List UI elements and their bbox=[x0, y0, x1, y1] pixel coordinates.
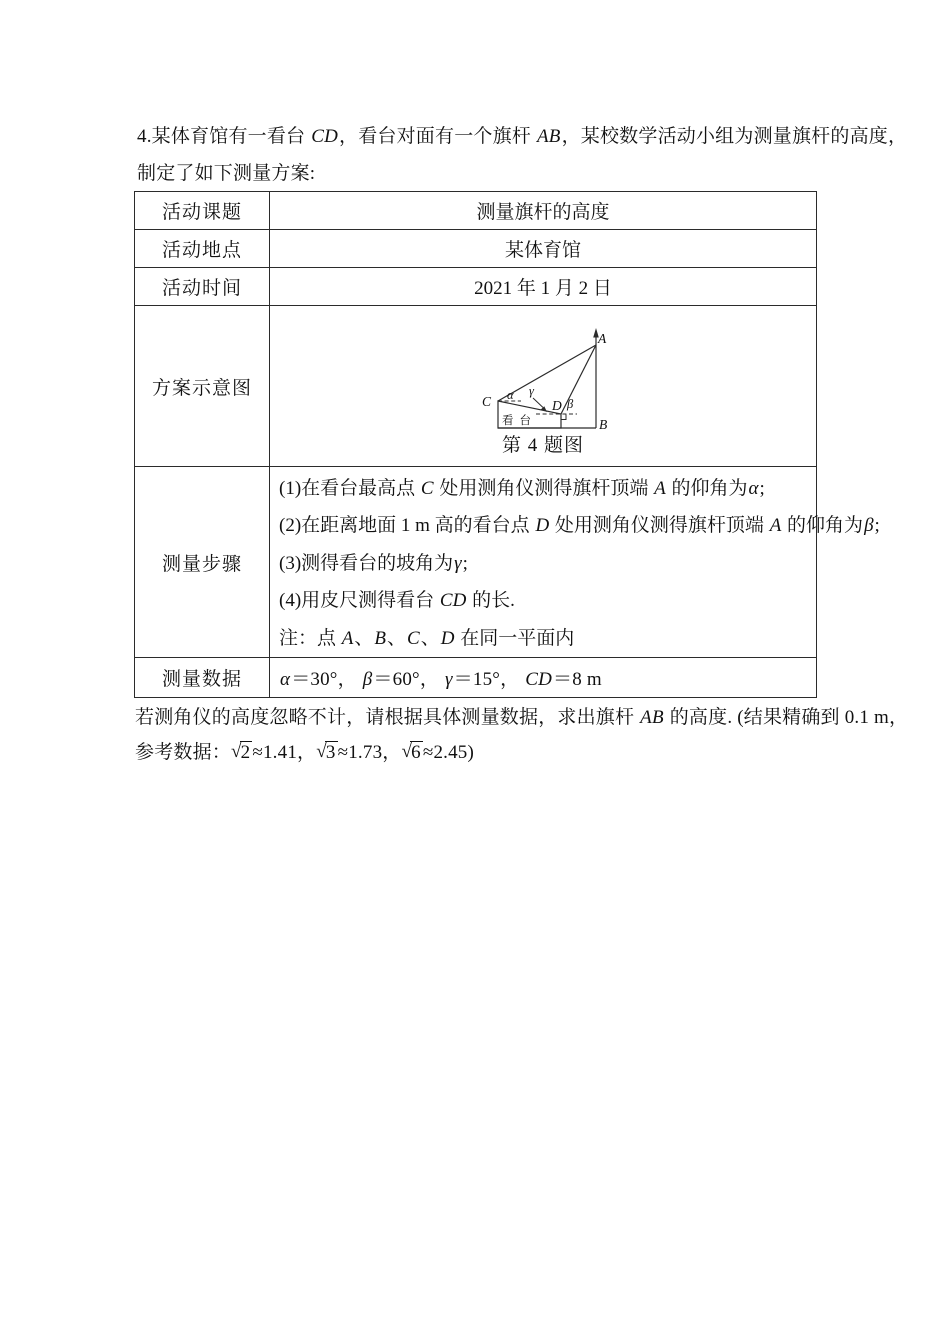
row-label-data: 测量数据 bbox=[135, 658, 270, 698]
angle-label-alpha: α bbox=[507, 388, 514, 402]
sqrt-expression: √3 bbox=[316, 741, 337, 764]
text-segment: ≈1.41， bbox=[252, 742, 316, 763]
text-segment: ＝60°， bbox=[373, 669, 444, 690]
text-segment: 的长. bbox=[467, 590, 515, 611]
text-segment: 的仰角为 bbox=[782, 515, 863, 536]
text-segment: 的高度. (结果精确到 0.1 m， bbox=[665, 707, 908, 728]
text-segment: 参考数据： bbox=[135, 742, 231, 763]
text-segment: 4.某体育馆有一看台 bbox=[137, 126, 310, 147]
math-var: CD bbox=[310, 126, 339, 147]
step-2: (2)在距离地面 1 m 高的看台点 D 处用测角仪测得旗杆顶端 A 的仰角为β… bbox=[279, 507, 808, 544]
math-var: D bbox=[534, 515, 550, 536]
text-segment: ; bbox=[875, 515, 880, 536]
sqrt-expression: √6 bbox=[401, 741, 422, 764]
point-label-a: A bbox=[597, 331, 607, 346]
text-segment: 若测角仪的高度忽略不计，请根据具体测量数据，求出旗杆 bbox=[135, 707, 639, 728]
math-var: B bbox=[373, 628, 387, 649]
sqrt-expression: √2 bbox=[231, 741, 252, 764]
question-line1: 若测角仪的高度忽略不计，请根据具体测量数据，求出旗杆 AB 的高度. (结果精确… bbox=[135, 702, 908, 729]
text-segment: 、 bbox=[421, 628, 440, 649]
math-var: β bbox=[362, 669, 374, 690]
text-segment: (3)测得看台的坡角为 bbox=[279, 553, 453, 574]
text-segment: ≈2.45) bbox=[423, 742, 474, 763]
scheme-diagram-svg: A B C D α γ β 看台 bbox=[463, 319, 623, 433]
math-var: A bbox=[653, 478, 667, 499]
text-segment: (2)在距离地面 1 m 高的看台点 bbox=[279, 515, 534, 536]
gamma-arrow-line bbox=[533, 398, 543, 408]
math-var: CD bbox=[439, 590, 467, 611]
math-var: A bbox=[769, 515, 783, 536]
step-4: (4)用皮尺测得看台 CD 的长. bbox=[279, 582, 808, 619]
text-segment: (4)用皮尺测得看台 bbox=[279, 590, 439, 611]
question-line2: 参考数据：√2≈1.41，√3≈1.73，√6≈2.45) bbox=[135, 737, 474, 764]
row-value-topic: 测量旗杆的高度 bbox=[270, 192, 817, 230]
math-var: γ bbox=[444, 669, 454, 690]
problem-heading-line1: 4.某体育馆有一看台 CD，看台对面有一个旗杆 AB，某校数学活动小组为测量旗杆… bbox=[137, 121, 907, 148]
row-label-diagram: 方案示意图 bbox=[135, 306, 270, 467]
text-segment: 处用测角仪测得旗杆顶端 bbox=[550, 515, 769, 536]
math-var: AB bbox=[639, 707, 665, 728]
text-segment: 注：点 bbox=[279, 628, 341, 649]
math-var: α bbox=[279, 669, 291, 690]
right-angle-mark bbox=[561, 415, 566, 420]
measurement-data-values: α＝30°， β＝60°， γ＝15°， CD＝8 m bbox=[270, 664, 816, 691]
table-row-diagram: 方案示意图 bbox=[135, 306, 817, 467]
row-label-location: 活动地点 bbox=[135, 230, 270, 268]
math-var: α bbox=[747, 478, 759, 499]
text-segment: 、 bbox=[387, 628, 406, 649]
step-1: (1)在看台最高点 C 处用测角仪测得旗杆顶端 A 的仰角为α; bbox=[279, 470, 808, 507]
table-row-date: 活动时间 2021 年 1 月 2 日 bbox=[135, 268, 817, 306]
table-row-data: 测量数据 α＝30°， β＝60°， γ＝15°， CD＝8 m bbox=[135, 658, 817, 698]
point-label-d: D bbox=[551, 398, 562, 413]
row-value-location: 某体育馆 bbox=[270, 230, 817, 268]
table-row-steps: 测量步骤 (1)在看台最高点 C 处用测角仪测得旗杆顶端 A 的仰角为α; (2… bbox=[135, 467, 817, 658]
math-var: C bbox=[420, 478, 435, 499]
text-segment: 在同一平面内 bbox=[455, 628, 574, 649]
table-row-topic: 活动课题 测量旗杆的高度 bbox=[135, 192, 817, 230]
angle-label-gamma: γ bbox=[529, 384, 535, 398]
text-segment: ＝30°， bbox=[291, 669, 362, 690]
stand-label: 看台 bbox=[502, 413, 537, 427]
math-var: β bbox=[863, 515, 874, 536]
text-segment: ＝15°， bbox=[454, 669, 525, 690]
row-label-topic: 活动课题 bbox=[135, 192, 270, 230]
text-segment: ，看台对面有一个旗杆 bbox=[339, 126, 536, 147]
math-var: D bbox=[440, 628, 456, 649]
text-segment: 、 bbox=[354, 628, 373, 649]
math-var: A bbox=[341, 628, 355, 649]
measurement-plan-table: 活动课题 测量旗杆的高度 活动地点 某体育馆 活动时间 2021 年 1 月 2… bbox=[134, 191, 817, 698]
math-var: γ bbox=[453, 553, 463, 574]
math-var: C bbox=[406, 628, 421, 649]
angle-label-beta: β bbox=[566, 397, 574, 411]
gamma-arrowhead bbox=[541, 406, 547, 412]
text-segment: ≈1.73， bbox=[338, 742, 402, 763]
step-note: 注：点 A、B、C、D 在同一平面内 bbox=[279, 620, 808, 657]
scheme-figure: A B C D α γ β 看台 第 4 题图 bbox=[270, 319, 816, 459]
point-label-b: B bbox=[599, 417, 607, 432]
text-segment: 的仰角为 bbox=[667, 478, 748, 499]
document-page: 4.某体育馆有一看台 CD，看台对面有一个旗杆 AB，某校数学活动小组为测量旗杆… bbox=[0, 0, 950, 1344]
text-segment: 制定了如下测量方案: bbox=[137, 163, 315, 184]
point-label-c: C bbox=[482, 394, 492, 409]
text-segment: ＝8 m bbox=[553, 669, 602, 690]
row-label-date: 活动时间 bbox=[135, 268, 270, 306]
text-segment: ; bbox=[463, 553, 468, 574]
figure-caption: 第 4 题图 bbox=[270, 433, 816, 459]
measurement-steps: (1)在看台最高点 C 处用测角仪测得旗杆顶端 A 的仰角为α; (2)在距离地… bbox=[270, 467, 816, 657]
table-row-location: 活动地点 某体育馆 bbox=[135, 230, 817, 268]
text-segment: ; bbox=[759, 478, 764, 499]
problem-heading-line2: 制定了如下测量方案: bbox=[137, 158, 315, 185]
row-label-steps: 测量步骤 bbox=[135, 467, 270, 658]
math-var: AB bbox=[536, 126, 562, 147]
row-value-date: 2021 年 1 月 2 日 bbox=[270, 268, 817, 306]
text-segment: ，某校数学活动小组为测量旗杆的高度， bbox=[562, 126, 908, 147]
math-var: CD bbox=[524, 669, 553, 690]
text-segment: (1)在看台最高点 bbox=[279, 478, 420, 499]
step-3: (3)测得看台的坡角为γ; bbox=[279, 545, 808, 582]
text-segment: 处用测角仪测得旗杆顶端 bbox=[435, 478, 654, 499]
